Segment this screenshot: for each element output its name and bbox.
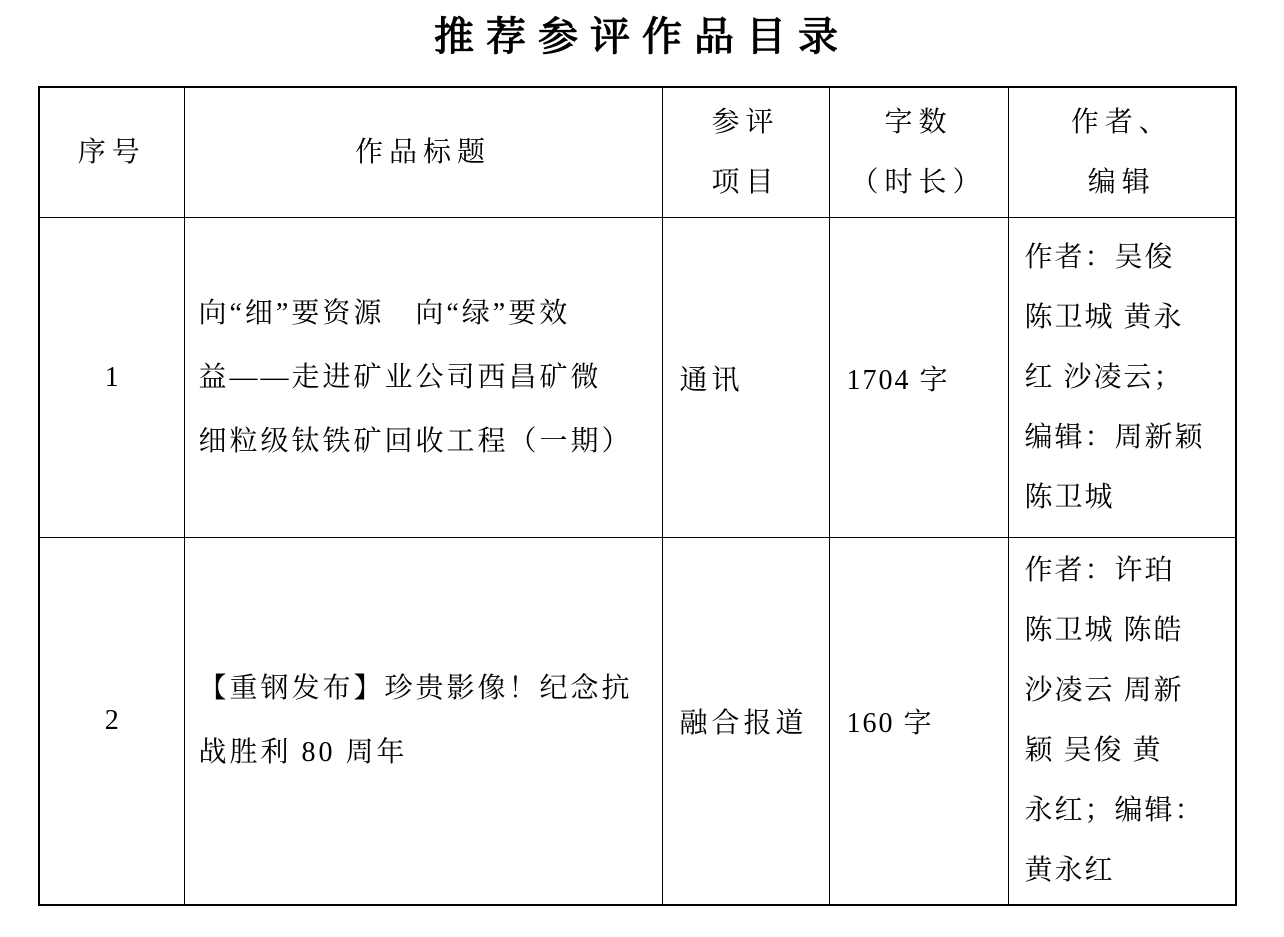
cell-wordcount: 160 字 (829, 538, 1008, 906)
header-cell-category: 参评 项目 (662, 87, 829, 218)
cell-authors: 作者：吴俊 陈卫城 黄永 红 沙凌云； 编辑：周新颖 陈卫城 (1008, 218, 1236, 538)
header-cell-index: 序号 (39, 87, 184, 218)
cell-index: 1 (39, 218, 184, 538)
cell-title: 【重钢发布】珍贵影像！纪念抗 战胜利 80 周年 (184, 538, 662, 906)
cell-authors: 作者：许珀 陈卫城 陈皓 沙凌云 周新 颖 吴俊 黄 永红；编辑： 黄永红 (1008, 538, 1236, 906)
table-row: 2 【重钢发布】珍贵影像！纪念抗 战胜利 80 周年 融合报道 160 字 作者… (39, 538, 1236, 906)
header-cell-title: 作品标题 (184, 87, 662, 218)
cell-title: 向“细”要资源 向“绿”要效 益——走进矿业公司西昌矿微 细粒级钛铁矿回收工程（… (184, 218, 662, 538)
header-cell-authors: 作者、 编辑 (1008, 87, 1236, 218)
header-cell-wordcount: 字数 （时长） (829, 87, 1008, 218)
table-row: 1 向“细”要资源 向“绿”要效 益——走进矿业公司西昌矿微 细粒级钛铁矿回收工… (39, 218, 1236, 538)
cell-category: 通讯 (662, 218, 829, 538)
document-title: 推荐参评作品目录 (0, 8, 1284, 66)
cell-index: 2 (39, 538, 184, 906)
cell-category: 融合报道 (662, 538, 829, 906)
works-table: 序号 作品标题 参评 项目 字数 （时长） 作者、 编辑 1 向“细”要资源 向… (38, 86, 1237, 906)
cell-wordcount: 1704 字 (829, 218, 1008, 538)
table-header-row: 序号 作品标题 参评 项目 字数 （时长） 作者、 编辑 (39, 87, 1236, 218)
